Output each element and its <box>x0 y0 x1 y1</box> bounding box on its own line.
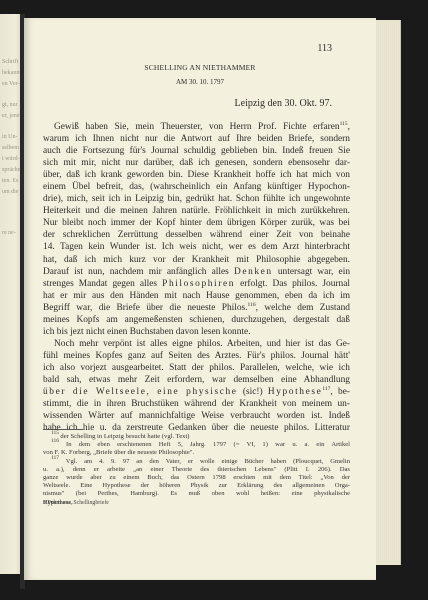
facing-page-text: spräche <box>2 167 20 173</box>
signature-mark: 8 Fuhrmans, Schellingbriefe <box>43 500 109 506</box>
text-line: wissenden Wärter auf mannichfaltige Weis… <box>43 410 350 422</box>
text-line: hat, daß ich mich kurz vor der Krankheit… <box>43 254 350 266</box>
text-line: Heiterkeit und die meinen Jahren natürle… <box>43 205 350 217</box>
text-line: stimmt, die in ihren Bruchstüken während… <box>43 398 350 410</box>
text-line: drie), mich, seit ich in Leipzig bin, ge… <box>43 193 350 205</box>
letter-date-heading: AM 30. 10. 1797 <box>24 78 376 86</box>
facing-page-text: t würd- <box>2 156 20 162</box>
letter-body: Gewiß haben Sie, mein Theuerster, von He… <box>43 121 350 434</box>
footnote-line: Weltseele. Eine Hypothese der höheren Ph… <box>43 482 350 490</box>
text-line: Nur bleibt noch immer der Kopf hinter de… <box>43 217 350 229</box>
footnote-line: u. a.), denn er arbeite „an einer Theori… <box>43 466 350 474</box>
dateline: Leipzig den 30. Okt. 97. <box>235 98 332 109</box>
footnote-line: ganze wurde aber zu einem Buch, das Oste… <box>43 474 350 482</box>
text-line: bald sah, etwas mehr Zeit erfordern, war… <box>43 374 350 386</box>
facing-page-text: gt, nur <box>2 102 18 108</box>
text-line: warum ich Ihnen nicht nur die Antwort au… <box>43 133 350 145</box>
facing-page-text: ten. Es <box>2 178 18 184</box>
text-line: Darauf ist nun, nachdem mir anfänglich a… <box>43 266 350 278</box>
footnote-ref: 117 <box>322 386 330 392</box>
text-line: 14. Tagen kein Wunder ist. Ich weis nich… <box>43 241 350 253</box>
footnote-line: nismus" (bei Perthes, Hamburg). Es muß o… <box>43 490 350 498</box>
text-line: einem Übel befreit, das, (wahrscheinlich… <box>43 181 350 193</box>
footnote-ref: 115 <box>340 121 348 127</box>
text-line: über die Weltseele, eine physische (sic!… <box>43 386 350 398</box>
text-line: strenges Mandat gegen alles Philosophire… <box>43 278 350 290</box>
letter-heading: SCHELLING AN NIETHAMMER <box>24 63 376 72</box>
facing-page-text: in Un- <box>2 134 18 140</box>
text-line: Noch mehr verpönt ist alles eigne philos… <box>43 338 350 350</box>
text-line: der schreklichen Zerrüttung desselben wä… <box>43 229 350 241</box>
text-line: fühl meines Kopfes ganz auf Seiten des A… <box>43 350 350 362</box>
book-page: 113 SCHELLING AN NIETHAMMER AM 30. 10. 1… <box>24 18 376 580</box>
footnote-line: 117 Vgl. am 4. 9. 97 an den Vater, er wo… <box>43 458 350 466</box>
text-line: hat er mir aus den Händen mit nach Hause… <box>43 290 350 302</box>
footnote-line: 116 In dem eben erschienenen Heft 5, Jah… <box>43 441 350 449</box>
facing-page-edge: Schriftbekannten Vor-gt, nurer, jenenin … <box>0 14 22 574</box>
text-line: über, daß ich krank geworden bin. Diese … <box>43 169 350 181</box>
text-line: sich mit mir, nicht nur darüber, daß ich… <box>43 157 350 169</box>
facing-page-text: re ne- <box>2 230 16 236</box>
facing-page-text: en Vor- <box>2 81 20 87</box>
text-line: auch die Fortsezung für's Journal schuld… <box>43 145 350 157</box>
footnote-line: von F. K. Forberg, „Briefe über die neue… <box>43 449 350 457</box>
footnote-line: 115 der Schelling in Leipzig besucht hat… <box>43 433 350 441</box>
text-line: Gewiß haben Sie, mein Theuerster, von He… <box>43 121 350 133</box>
text-line: ich bis jezt nicht einen Buchstaben davo… <box>43 326 350 338</box>
facing-page-text: um die <box>2 189 19 195</box>
page-block-edge <box>376 20 401 565</box>
facing-page-text: bekannt <box>2 70 21 76</box>
facing-page-text: Schrift <box>2 59 18 65</box>
page-number: 113 <box>317 43 332 54</box>
text-line: ich also vorjezt ausgearbeitet. Statt de… <box>43 362 350 374</box>
footnotes: 115 der Schelling in Leipzig besucht hat… <box>43 433 350 507</box>
footnote-rule <box>43 429 83 430</box>
footnote-ref: 116 <box>248 302 256 308</box>
facing-page-text: selbem <box>2 145 19 151</box>
text-line: Begriff war, die Briefe über die neueste… <box>43 302 350 314</box>
text-line: meines Kopfs am angemeßensten schienen, … <box>43 314 350 326</box>
